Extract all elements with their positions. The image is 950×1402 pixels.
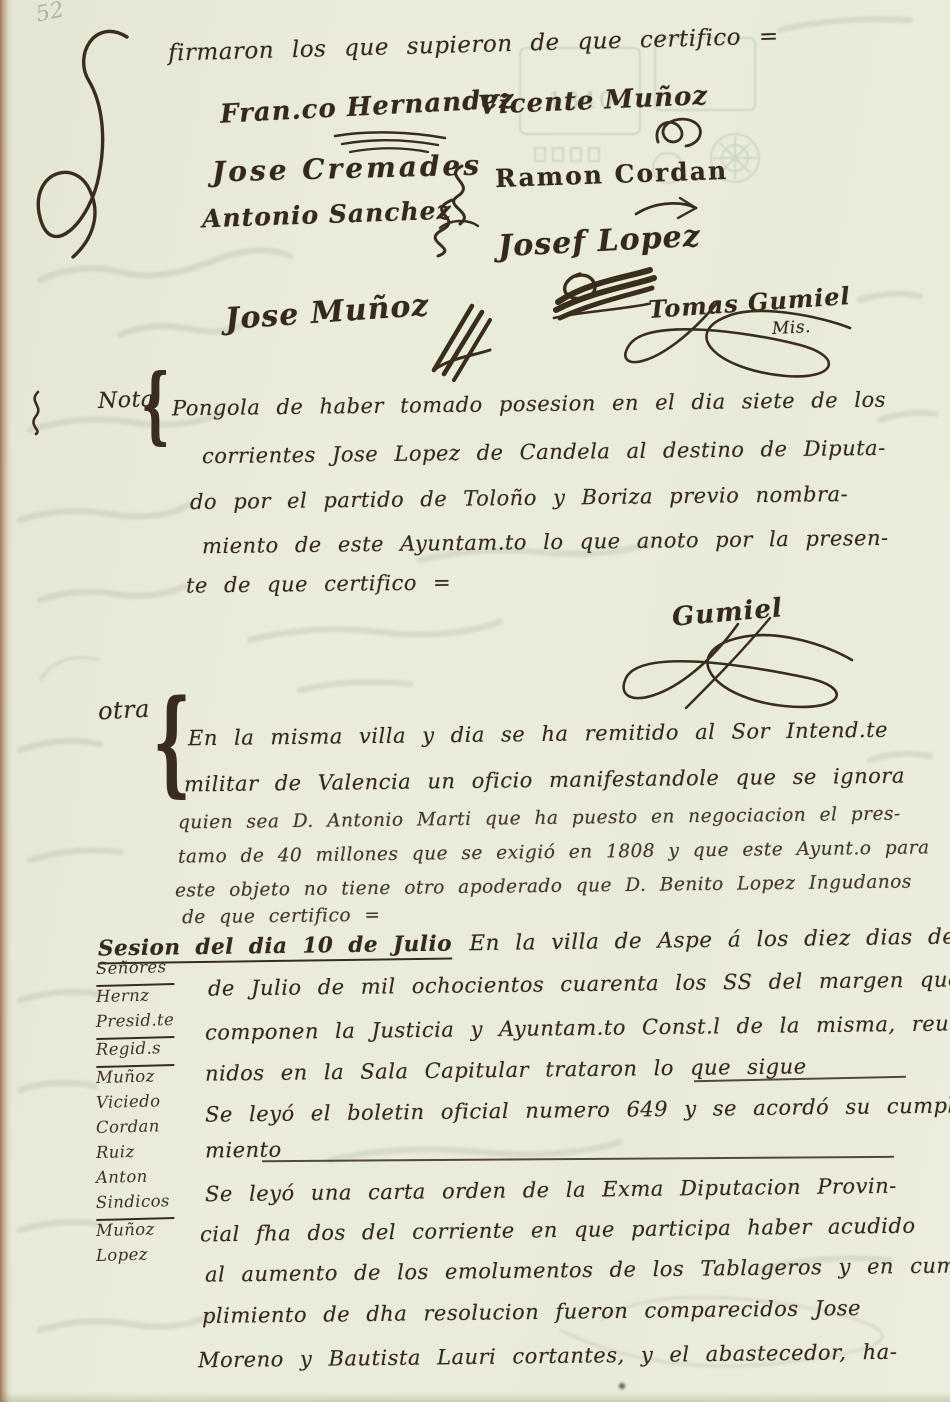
margin-ink-mark (24, 388, 50, 436)
otra-line: de que certifico = (182, 905, 381, 928)
manuscript-page: 1840 52 firmaron los que supieron de que… (0, 0, 950, 1402)
margin-flourish (15, 25, 145, 275)
binding-edge (0, 0, 12, 1402)
margin-item: Hernz (96, 985, 175, 1012)
margin-item: Muñoz (96, 1219, 175, 1246)
margin-item: Sindicos (96, 1191, 175, 1221)
margin-item: Lopez (96, 1244, 175, 1271)
margin-item: Muñoz (96, 1066, 175, 1093)
rubric-gumiel-nota (588, 616, 858, 716)
margin-item: Cordan (96, 1116, 175, 1143)
margin-item: Regid.s (96, 1038, 175, 1068)
sesion-line: miento (205, 1138, 282, 1163)
margin-item: Ruiz (96, 1141, 175, 1168)
margin-item: Presid.te (96, 1010, 175, 1040)
attendees-margin-list: Señores Hernz Presid.te Regid.s Muñoz Vi… (96, 958, 174, 1270)
page-bottom-shadow (0, 1392, 950, 1402)
margin-item: Viciedo (96, 1091, 175, 1118)
nota-line: te de que certifico = (186, 570, 451, 597)
rubric-sanchez (412, 196, 472, 258)
rubric-vicente-munoz (650, 112, 710, 152)
rubric-gumiel-top (598, 292, 858, 387)
margin-item: Anton (96, 1166, 175, 1193)
otra-label: otra (97, 695, 150, 726)
nota-brace: { (141, 354, 171, 453)
rubric-jose-munoz (420, 300, 496, 384)
margin-item: Señores (96, 957, 175, 987)
